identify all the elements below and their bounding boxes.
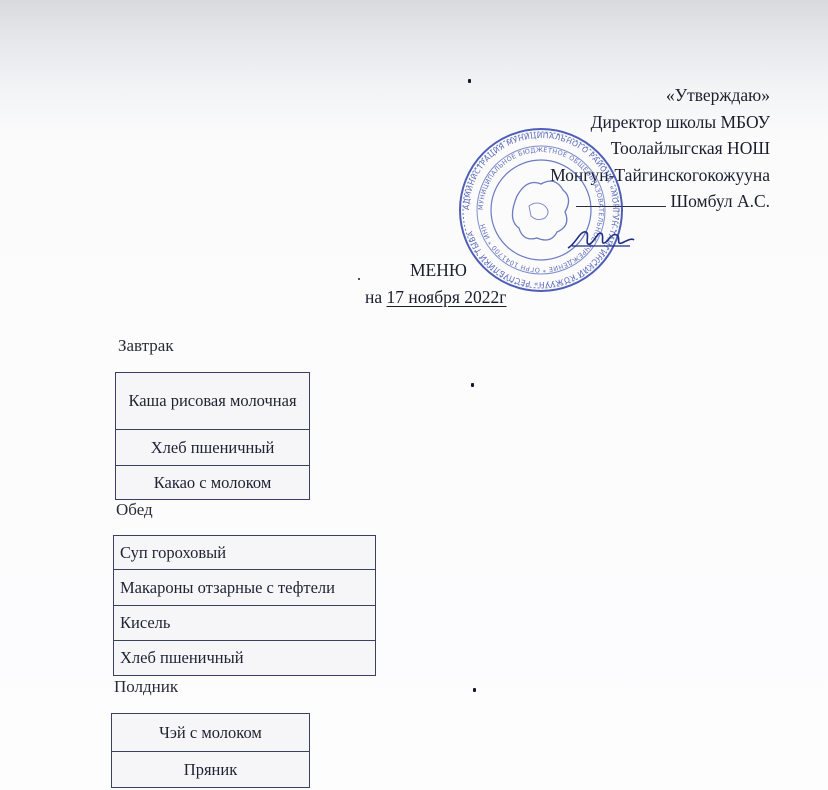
signature-underline	[576, 192, 666, 207]
section-label-snack: Полдник	[114, 677, 178, 697]
table-cell: Чэй с молоком	[112, 714, 310, 752]
approval-position: Директор школы МБОУ	[550, 109, 770, 136]
table-cell: Хлеб пшеничный	[116, 430, 310, 466]
print-dot	[473, 688, 476, 692]
date-value: 17 ноября 2022г	[387, 287, 507, 307]
table-cell: Пряник	[112, 752, 310, 788]
print-dot	[471, 383, 474, 387]
table-cell: Макароны отзарные с тефтели	[114, 570, 376, 606]
table-cell: Каша рисовая молочная	[116, 373, 310, 430]
section-label-lunch: Обед	[116, 500, 153, 520]
approval-block: «Утверждаю» Директор школы МБОУ Тоолайлы…	[550, 82, 770, 215]
document-page: «Утверждаю» Директор школы МБОУ Тоолайлы…	[0, 0, 828, 790]
lunch-table: Суп гороховый Макароны отзарные с тефтел…	[113, 535, 376, 676]
approval-school: Тоолайлыгская НОШ	[550, 135, 770, 162]
table-cell: Суп гороховый	[114, 536, 376, 570]
table-cell: Хлеб пшеничный	[114, 641, 376, 676]
table-cell: Кисель	[114, 606, 376, 641]
print-dot	[468, 79, 471, 83]
approval-signatory: Шомбул А.С.	[670, 191, 770, 211]
breakfast-table: Каша рисовая молочная Хлеб пшеничный Как…	[115, 372, 310, 500]
approval-signature-line: Шомбул А.С.	[550, 188, 770, 215]
approval-district: Монгун-Тайгинскогокожууна	[550, 162, 770, 189]
print-dot	[358, 278, 360, 280]
section-label-breakfast: Завтрак	[118, 336, 174, 356]
approval-heading: «Утверждаю»	[550, 82, 770, 109]
date-prefix: на	[365, 287, 382, 307]
table-cell: Какао с молоком	[116, 466, 310, 500]
page-title: МЕНЮ	[410, 260, 467, 281]
menu-date: на 17 ноября 2022г	[365, 287, 506, 308]
snack-table: Чэй с молоком Пряник	[111, 713, 310, 788]
signature-icon	[566, 224, 636, 254]
